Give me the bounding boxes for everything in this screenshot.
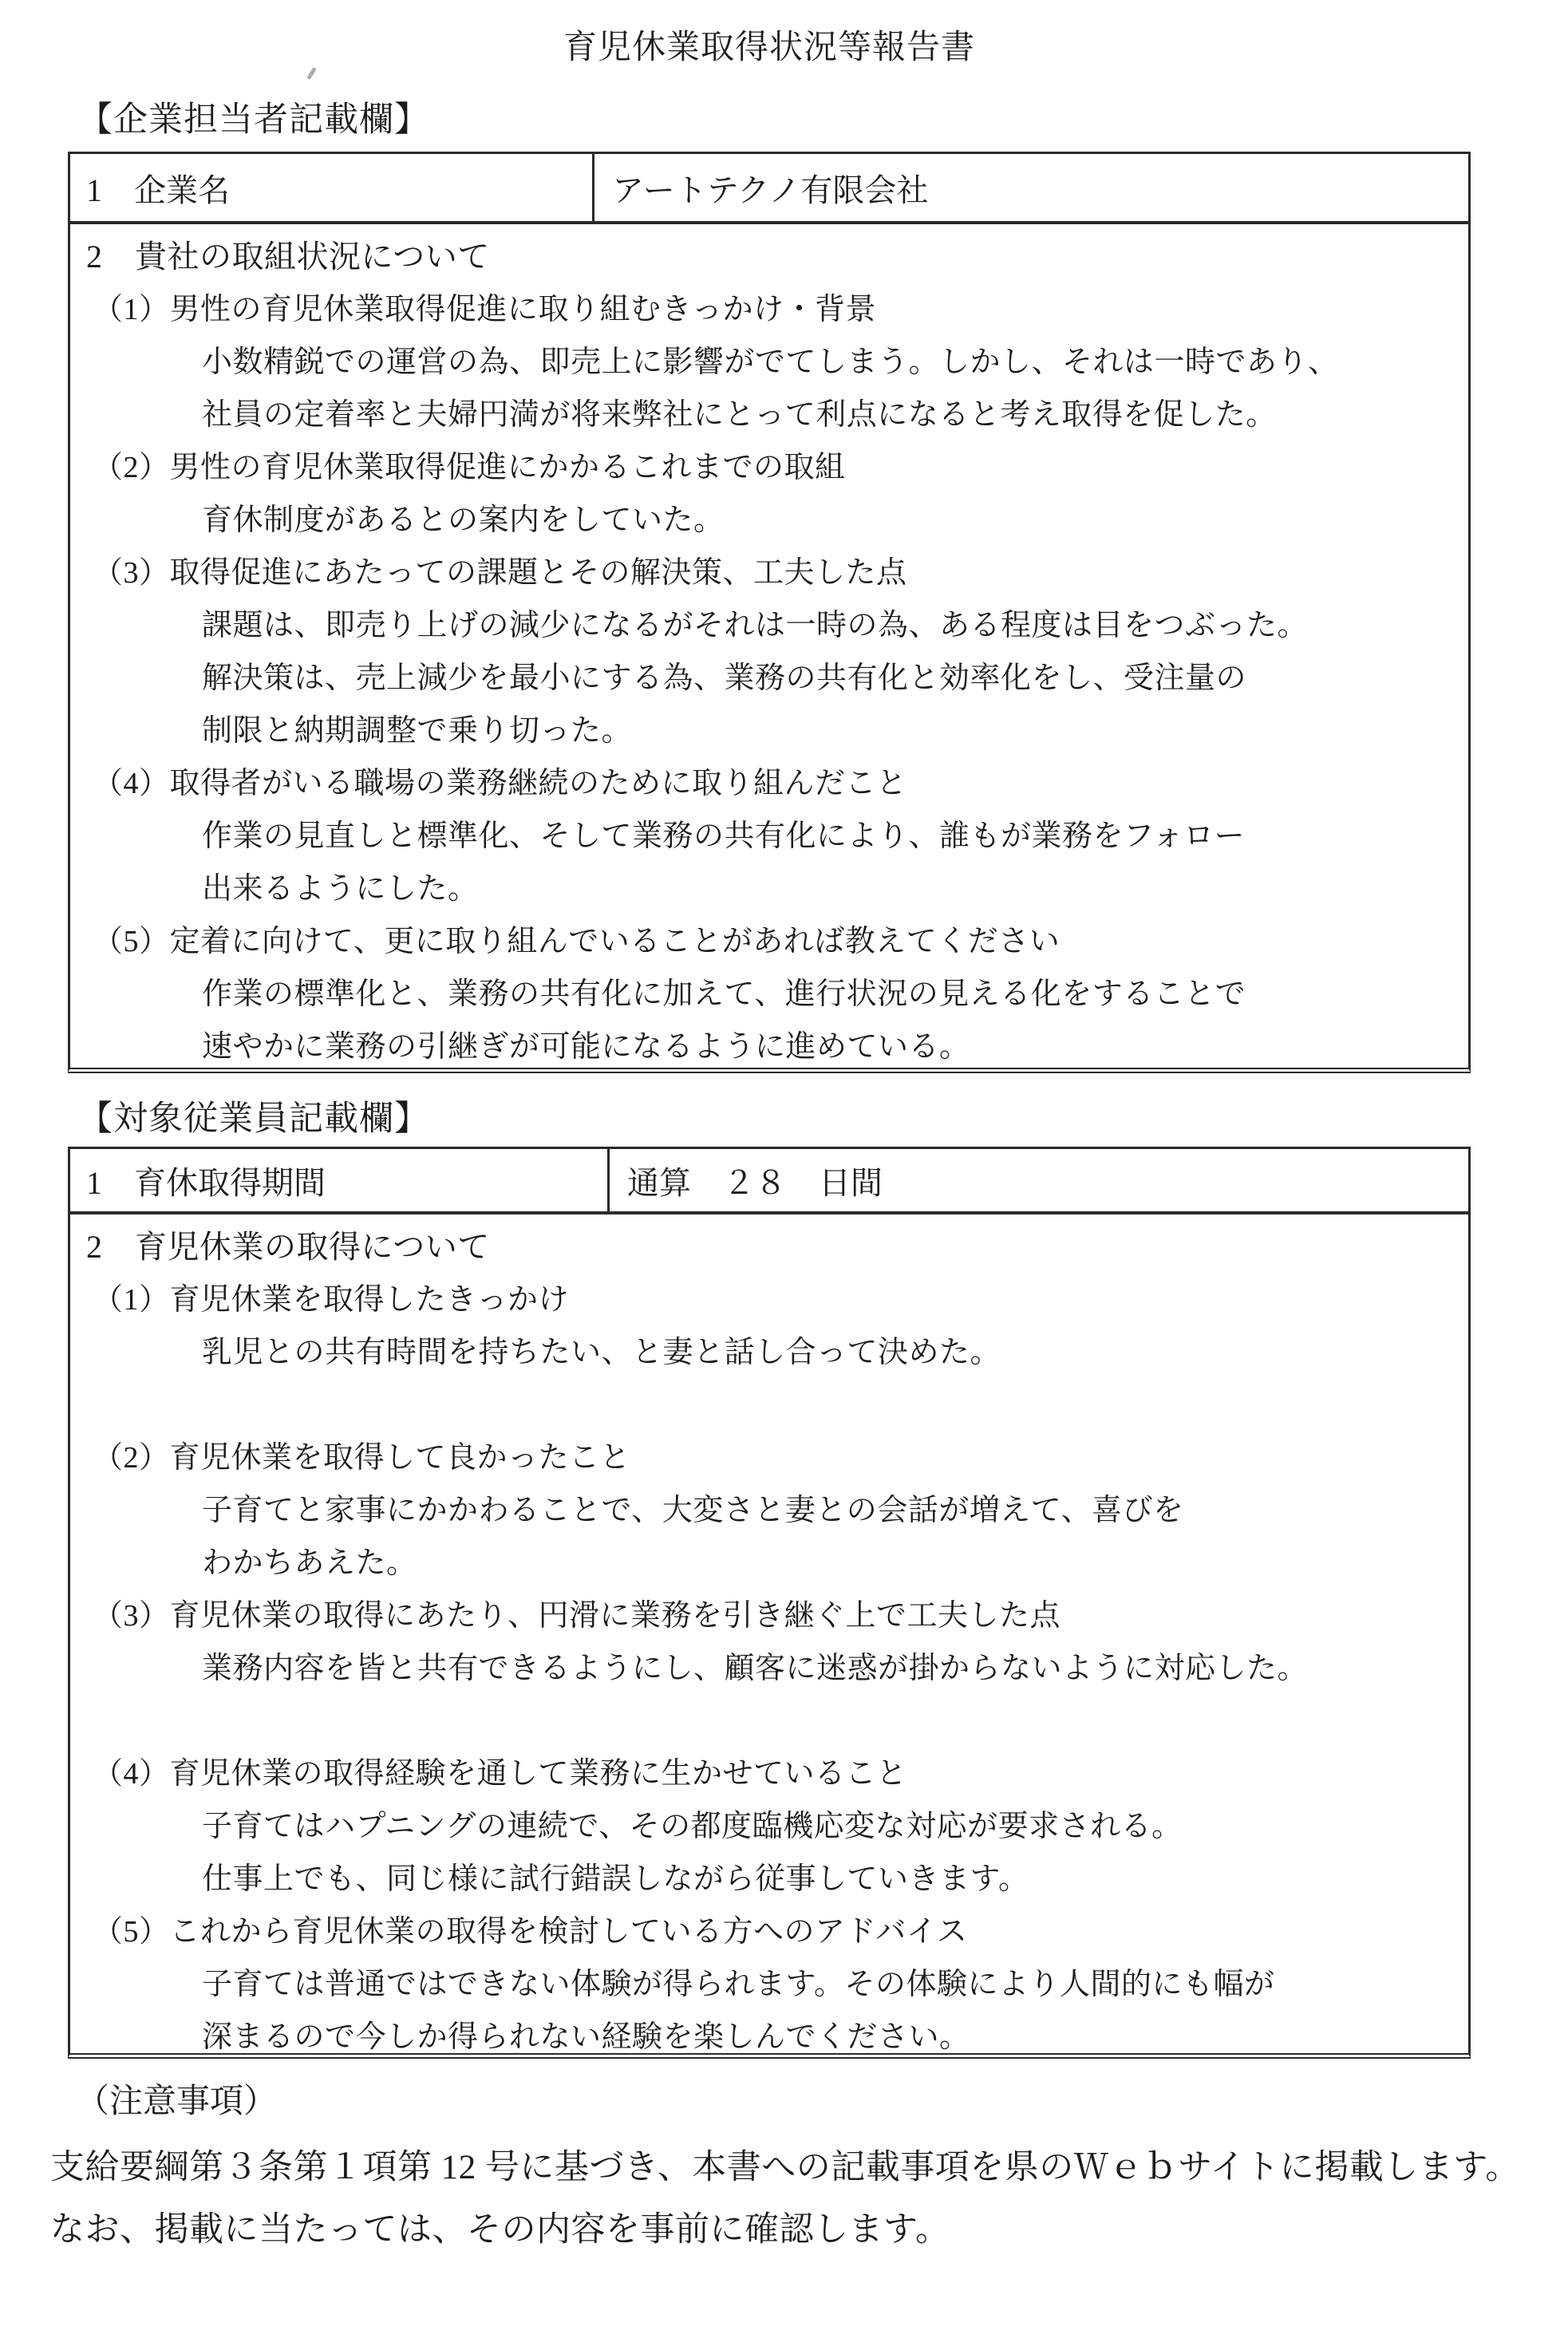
text-line: 2 貴社の取組状況について (70, 231, 1468, 283)
text-line: 子育てはハプニングの連続で、その都度臨機応変な対応が要求される。 (70, 1800, 1468, 1853)
text-line: （3）取得促進にあたっての課題とその解決策、工夫した点 (70, 547, 1468, 599)
text-line (70, 1379, 1468, 1432)
text-line: 解決策は、売上減少を最小にする為、業務の共有化と効率化をし、受注量の (70, 652, 1468, 705)
text-line: （1）育児休業を取得したきっかけ (70, 1274, 1468, 1326)
text-line: （5）これから育児休業の取得を検討している方へのアドバイス (70, 1906, 1468, 1958)
text-line: 育休制度があるとの案内をしていた。 (70, 494, 1468, 547)
note-line: なお、掲載に当たっては、その内容を事前に確認します。 (50, 2202, 950, 2251)
text-line: 2 育児休業の取得について (70, 1221, 1468, 1274)
text-line: 子育てと家事にかかわることで、大変さと妻との会話が増えて、喜びを (70, 1484, 1468, 1537)
text-line: 作業の標準化と、業務の共有化に加えて、進行状況の見える化をすることで (70, 968, 1468, 1021)
note-line: 支給要綱第３条第１項第 12 号に基づき、本書への記載事項を県のＷｅｂサイトに掲… (50, 2140, 1520, 2189)
text-line: （3）育児休業の取得にあたり、円滑に業務を引き継ぐ上で工夫した点 (70, 1590, 1468, 1642)
notes-heading: （注意事項） (76, 2075, 277, 2123)
scanned-report-page: 育児休業取得状況等報告書 【企業担当者記載欄】 1 企業名 アートテクノ有限会社… (0, 0, 1568, 2334)
text-line: 乳児との共有時間を持ちたい、と妻と話し合って決めた。 (70, 1326, 1468, 1379)
text-line: （4）育児休業の取得経験を通して業務に生かせていること (70, 1748, 1468, 1800)
company-table: 1 企業名 アートテクノ有限会社 2 貴社の取組状況について（1）男性の育児休業… (68, 152, 1471, 1073)
text-line: （1）男性の育児休業取得促進に取り組むきっかけ・背景 (70, 283, 1468, 336)
text-line: 仕事上でも、同じ様に試行錯誤しながら従事していきます。 (70, 1853, 1468, 1906)
leave-period-value: 通算 ２８ 日間 (610, 1158, 1468, 1203)
text-line: （2）育児休業を取得して良かったこと (70, 1432, 1468, 1484)
page-title: 育児休業取得状況等報告書 (68, 21, 1471, 69)
text-line (70, 1695, 1468, 1748)
employee-table-body: 2 育児休業の取得について（1）育児休業を取得したきっかけ乳児との共有時間を持ち… (70, 1214, 1468, 2063)
company-table-body: 2 貴社の取組状況について（1）男性の育児休業取得促進に取り組むきっかけ・背景小… (70, 224, 1468, 1073)
text-line: わかちあえた。 (70, 1537, 1468, 1590)
company-name-label: 1 企業名 (70, 154, 594, 221)
company-name-row: 1 企業名 アートテクノ有限会社 (70, 154, 1468, 224)
text-line: 業務内容を皆と共有できるようにし、顧客に迷惑が掛からないように対応した。 (70, 1642, 1468, 1695)
text-line: （2）男性の育児休業取得促進にかかるこれまでの取組 (70, 441, 1468, 494)
text-line: 作業の見直しと標準化、そして業務の共有化により、誰もが業務をフォロー (70, 810, 1468, 863)
text-line: （4）取得者がいる職場の業務継続のために取り組んだこと (70, 757, 1468, 810)
section-heading-company: 【企業担当者記載欄】 (78, 93, 429, 141)
leave-period-label: 1 育休取得期間 (70, 1149, 610, 1211)
section-heading-employee: 【対象従業員記載欄】 (78, 1092, 429, 1140)
employee-table: 1 育休取得期間 通算 ２８ 日間 2 育児休業の取得について（1）育児休業を取… (68, 1147, 1471, 2059)
text-line: 小数精鋭での運営の為、即売上に影響がでてしまう。しかし、それは一時であり、 (70, 336, 1468, 389)
text-line: 社員の定着率と夫婦円満が将来弊社にとって利点になると考え取得を促した。 (70, 389, 1468, 441)
text-line: 速やかに業務の引継ぎが可能になるように進めている。 (70, 1021, 1468, 1073)
company-name-value: アートテクノ有限会社 (594, 165, 1468, 211)
text-line: 子育ては普通ではできない体験が得られます。その体験により人間的にも幅が (70, 1958, 1468, 2011)
text-line: 出来るようにした。 (70, 863, 1468, 915)
leave-period-row: 1 育休取得期間 通算 ２８ 日間 (70, 1149, 1468, 1214)
text-line: 深まるので今しか得られない経験を楽しんでください。 (70, 2011, 1468, 2063)
text-line: （5）定着に向けて、更に取り組んでいることがあれば教えてください (70, 915, 1468, 968)
text-line: 制限と納期調整で乗り切った。 (70, 705, 1468, 757)
scan-artifact (306, 67, 317, 80)
text-line: 課題は、即売り上げの減少になるがそれは一時の為、ある程度は目をつぶった。 (70, 599, 1468, 652)
